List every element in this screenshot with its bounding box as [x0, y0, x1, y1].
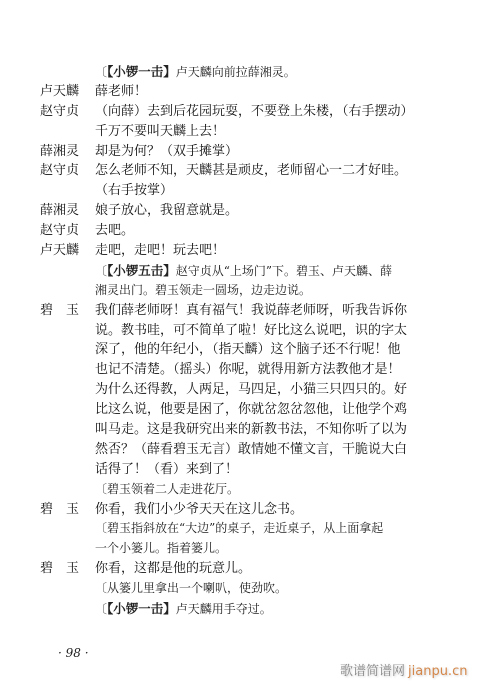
watermark-site-name: 歌谱简谱网: [340, 664, 405, 679]
dialogue-text: 怎么老师不知，天麟甚是顽皮，老师留心一二才好哇。: [95, 161, 420, 181]
stage-direction: 〔【小锣一击】卢天麟向前拉薛湘灵。: [40, 62, 420, 82]
stage-direction-continuation: 一个小篓儿。指着篓儿。: [40, 539, 420, 559]
dialogue-text: 说。教书哇，可不简单了啦！好比这么说吧，识的字太: [95, 321, 420, 341]
stage-text: 卢天麟向前拉薛湘灵。: [176, 65, 296, 79]
speaker-name: [40, 539, 95, 559]
dialogue-text: 你看，我们小少爷天天在这儿念书。: [95, 500, 420, 520]
dialogue-continuation: 深了，他的年纪小，（指天麟）这个脑子还不行呢！他: [40, 340, 420, 360]
watermark: 歌谱简谱网jianpu.cn: [340, 660, 467, 679]
dialogue-text: 娘子放心，我留意就是。: [95, 201, 420, 221]
speaker-name: [40, 519, 95, 539]
speaker-name: 碧玉: [40, 559, 95, 579]
speaker-name: 薛湘灵: [40, 201, 95, 221]
speaker-name: [40, 400, 95, 420]
speaker-name: [40, 599, 95, 619]
dialogue-continuation: （右手按掌）: [40, 181, 420, 201]
dialogue-line: 碧玉 你看，我们小少爷天天在这儿念书。: [40, 500, 420, 520]
speaker-name: 赵守贞: [40, 221, 95, 241]
stage-bracket: 〔: [95, 482, 107, 496]
dialogue-continuation: 叫马走。这是我研究出来的新教书法，不知你听了以为: [40, 420, 420, 440]
dialogue-text: 你看，这都是他的玩意儿。: [95, 559, 420, 579]
speaker-name: 赵守贞: [40, 102, 95, 122]
dialogue-text: 也记不清楚。（摇头）你呢，就得用新方法教他才是！: [95, 360, 420, 380]
stage-text: 从篓儿里拿出一个喇叭，使劲吹。: [107, 581, 287, 595]
percussion-cue: 【小锣一击】: [107, 601, 176, 616]
stage-direction: 〔碧玉领着二人走进花厅。: [40, 480, 420, 500]
stage-bracket: 〔: [95, 264, 107, 278]
dialogue-text: 然否？（薛看碧玉无言）敢情她不懂文言，干脆说大白: [95, 440, 420, 460]
speaker-name: 赵守贞: [40, 161, 95, 181]
speaker-name: [40, 321, 95, 341]
stage-text: 碧玉领着二人走进花厅。: [107, 482, 239, 496]
stage-direction: 〔【小锣五击】赵守贞从“上场门”下。碧玉、卢天麟、薛: [40, 261, 420, 281]
speaker-name: [40, 181, 95, 201]
speaker-name: [40, 360, 95, 380]
dialogue-text: （右手按掌）: [95, 181, 420, 201]
speaker-name: [40, 460, 95, 480]
stage-bracket: 〔: [95, 602, 107, 616]
dialogue-line: 赵守贞 怎么老师不知，天麟甚是顽皮，老师留心一二才好哇。: [40, 161, 420, 181]
speaker-name: [40, 420, 95, 440]
dialogue-text: 薛老师！: [95, 82, 420, 102]
speaker-name: 薛湘灵: [40, 142, 95, 162]
dialogue-line: 薛湘灵 却是为何？（双手摊掌）: [40, 142, 420, 162]
dialogue-text: 却是为何？（双手摊掌）: [95, 142, 420, 162]
dialogue-text: （向薛）去到后花园玩耍，不要登上朱楼，（右手摆动）: [95, 102, 420, 122]
page-number: · 98 ·: [58, 646, 89, 660]
dialogue-continuation: 话得了！（看）来到了！: [40, 460, 420, 480]
dialogue-continuation: 千万不要叫天麟上去！: [40, 122, 420, 142]
dialogue-line: 卢天麟 走吧，走吧！玩去吧！: [40, 241, 420, 261]
speaker-name: [40, 261, 95, 281]
dialogue-continuation: 也记不清楚。（摇头）你呢，就得用新方法教他才是！: [40, 360, 420, 380]
dialogue-text: 话得了！（看）来到了！: [95, 460, 420, 480]
stage-direction-continuation: 湘灵出门。碧玉领走一圆场，边走边说。: [40, 281, 420, 301]
stage-text: 湘灵出门。碧玉领走一圆场，边走边说。: [95, 281, 420, 301]
dialogue-line: 赵守贞 （向薛）去到后花园玩耍，不要登上朱楼，（右手摆动）: [40, 102, 420, 122]
speaker-name: [40, 480, 95, 500]
percussion-cue: 【小锣一击】: [107, 64, 176, 79]
dialogue-line: 碧玉 你看，这都是他的玩意儿。: [40, 559, 420, 579]
speaker-name: 碧玉: [40, 500, 95, 520]
speaker-name: 卢天麟: [40, 82, 95, 102]
stage-text: 卢天麟用手夺过。: [176, 602, 272, 616]
speaker-name: [40, 579, 95, 599]
speaker-name: [40, 340, 95, 360]
stage-direction: 〔【小锣一击】卢天麟用手夺过。: [40, 599, 420, 619]
script-body: 〔【小锣一击】卢天麟向前拉薛湘灵。 卢天麟 薛老师！ 赵守贞 （向薛）去到后花园…: [40, 62, 420, 619]
dialogue-continuation: 为什么还得教，人两足，马四足，小猫三只四只的。好: [40, 380, 420, 400]
speaker-name: 碧玉: [40, 301, 95, 321]
dialogue-continuation: 说。教书哇，可不简单了啦！好比这么说吧，识的字太: [40, 321, 420, 341]
stage-direction: 〔碧玉指斜放在“大边”的桌子，走近桌子，从上面拿起: [40, 519, 420, 539]
dialogue-text: 千万不要叫天麟上去！: [95, 122, 420, 142]
speaker-name: [40, 380, 95, 400]
dialogue-text: 深了，他的年纪小，（指天麟）这个脑子还不行呢！他: [95, 340, 420, 360]
speaker-name: [40, 62, 95, 82]
dialogue-text: 去吧。: [95, 221, 420, 241]
dialogue-text: 为什么还得教，人两足，马四足，小猫三只四只的。好: [95, 380, 420, 400]
stage-direction: 〔从篓儿里拿出一个喇叭，使劲吹。: [40, 579, 420, 599]
dialogue-text: 走吧，走吧！玩去吧！: [95, 241, 420, 261]
dialogue-continuation: 然否？（薛看碧玉无言）敢情她不懂文言，干脆说大白: [40, 440, 420, 460]
speaker-name: [40, 440, 95, 460]
stage-bracket: 〔: [95, 521, 107, 535]
stage-bracket: 〔: [95, 65, 107, 79]
speaker-name: 卢天麟: [40, 241, 95, 261]
stage-text: 碧玉指斜放在“大边”的桌子，走近桌子，从上面拿起: [107, 521, 383, 535]
dialogue-line: 赵守贞 去吧。: [40, 221, 420, 241]
dialogue-line: 碧玉 我们薛老师呀！真有福气！我说薛老师呀，听我告诉你: [40, 301, 420, 321]
percussion-cue: 【小锣五击】: [107, 263, 176, 278]
dialogue-text: 比这么说，他要是困了，你就岔忽岔忽他，让他学个鸡: [95, 400, 420, 420]
dialogue-text: 叫马走。这是我研究出来的新教书法，不知你听了以为: [95, 420, 420, 440]
stage-text: 一个小篓儿。指着篓儿。: [95, 539, 420, 559]
scanned-script-page: 〔【小锣一击】卢天麟向前拉薛湘灵。 卢天麟 薛老师！ 赵守贞 （向薛）去到后花园…: [0, 0, 490, 690]
dialogue-continuation: 比这么说，他要是困了，你就岔忽岔忽他，让他学个鸡: [40, 400, 420, 420]
speaker-name: [40, 122, 95, 142]
dialogue-text: 我们薛老师呀！真有福气！我说薛老师呀，听我告诉你: [95, 301, 420, 321]
watermark-domain: jianpu.cn: [408, 664, 467, 679]
dialogue-line: 薛湘灵 娘子放心，我留意就是。: [40, 201, 420, 221]
speaker-name: [40, 281, 95, 301]
dialogue-line: 卢天麟 薛老师！: [40, 82, 420, 102]
stage-bracket: 〔: [95, 581, 107, 595]
stage-text: 赵守贞从“上场门”下。碧玉、卢天麟、薛: [176, 264, 392, 278]
